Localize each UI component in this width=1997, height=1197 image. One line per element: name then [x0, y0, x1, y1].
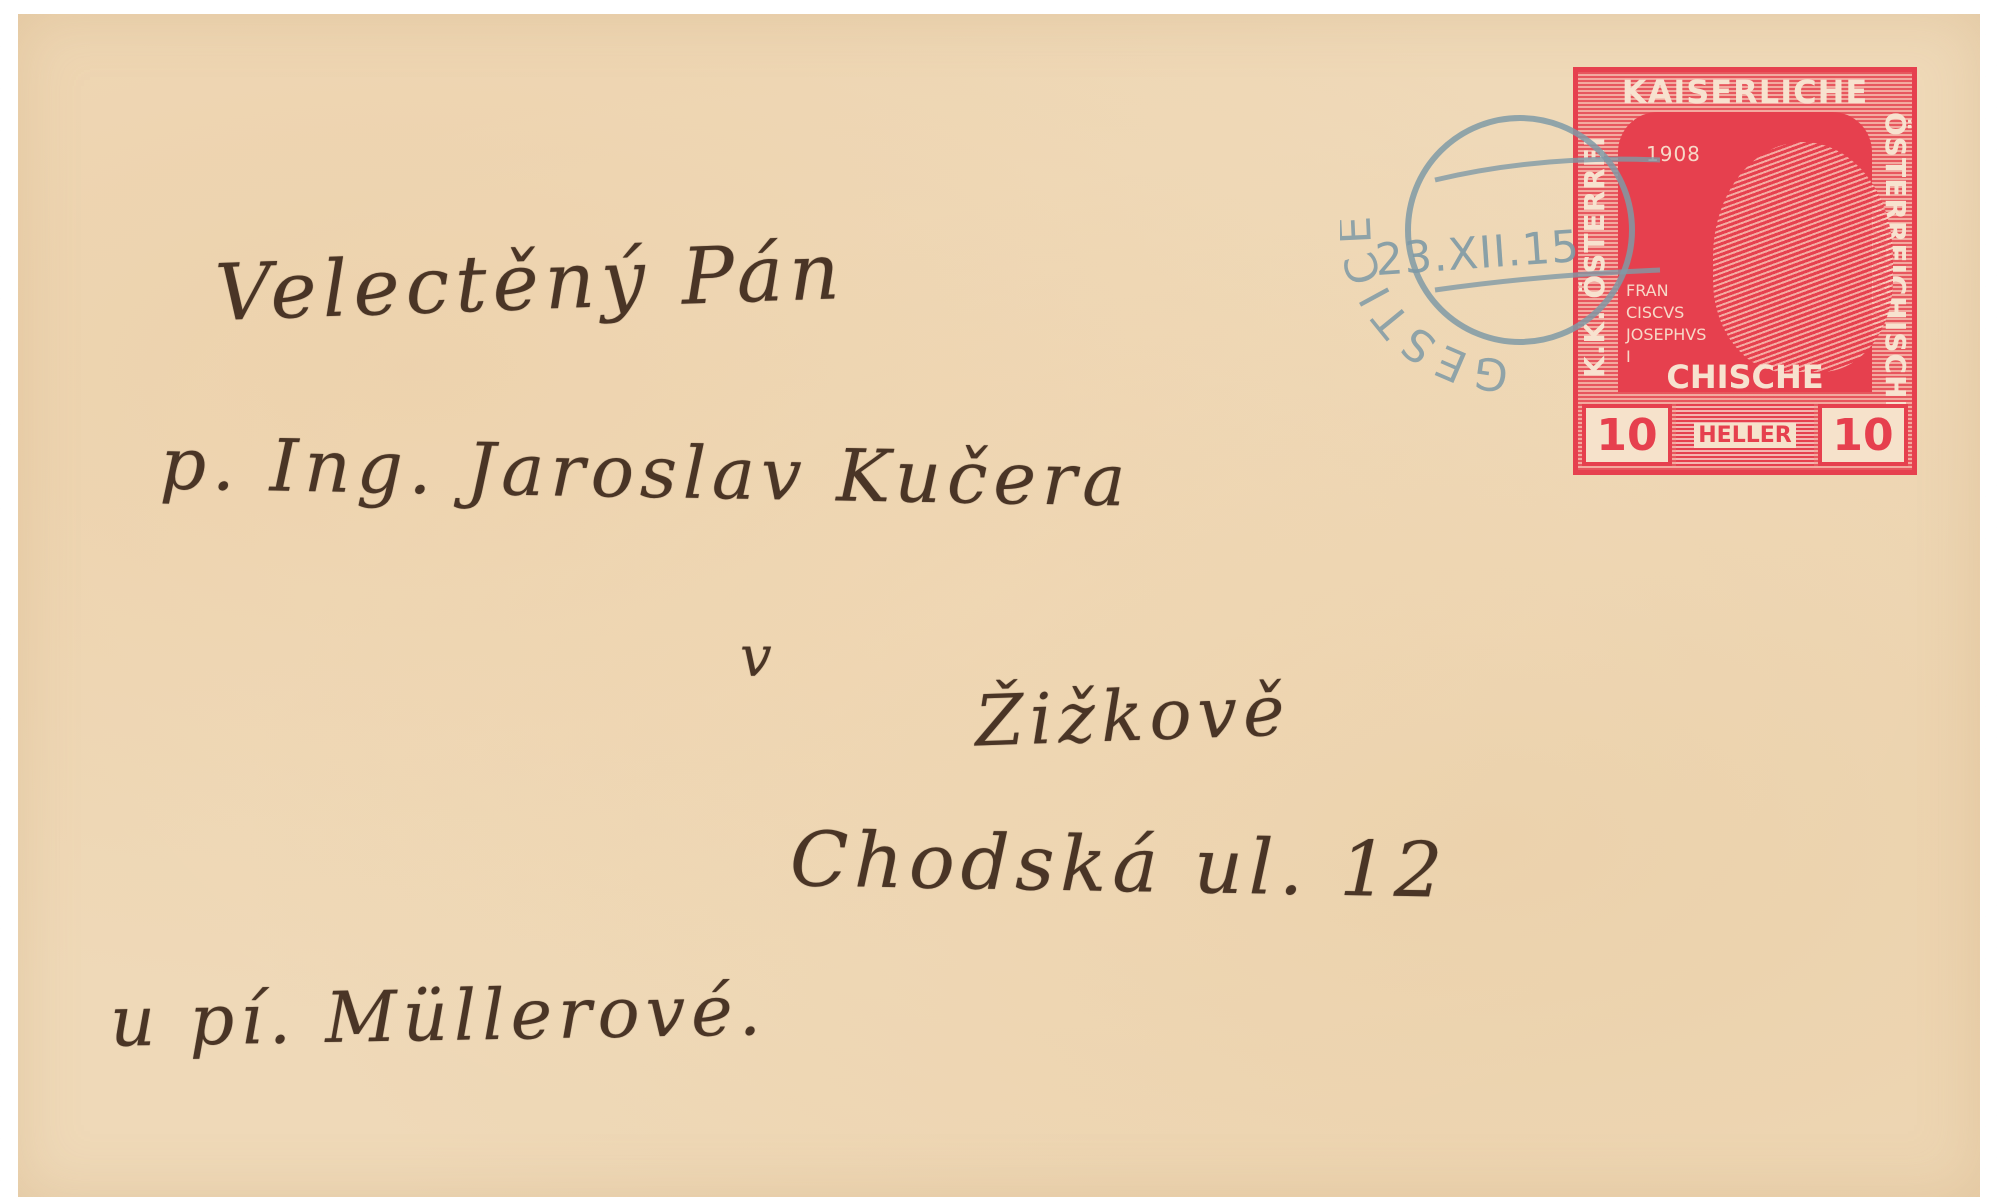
stamp-name-line: CISCVS [1626, 302, 1696, 324]
stamp-bottom-text: CHISCHE [1578, 358, 1912, 396]
address-preposition: v [740, 625, 778, 690]
perforation-right [1969, 14, 1997, 1197]
address-recipient: p. Ing. Jaroslav Kučera [159, 422, 1132, 523]
address-care-of: u pí. Müllerové. [109, 969, 767, 1062]
stamp-value-left: 10 [1582, 404, 1672, 466]
address-city: Žižkově [974, 670, 1292, 763]
stamp-portrait-frame: 1908 FRAN CISCVS JOSEPHVS I [1618, 112, 1872, 392]
stamp-year: 1908 [1646, 142, 1701, 166]
stamp-denomination: HELLER [1676, 404, 1814, 466]
address-street: Chodská ul. 12 [789, 814, 1449, 914]
postage-stamp: KAISERLICHE KÖNIGLICHE K.K. ÖSTERREI ÖST… [1573, 67, 1917, 475]
emperor-portrait-icon [1713, 142, 1893, 372]
stamp-denomination-label: HELLER [1694, 423, 1795, 448]
stamp-value-right: 10 [1818, 404, 1908, 466]
perforation-left [0, 14, 28, 1197]
stamp-value-row: 10 HELLER 10 [1582, 404, 1908, 466]
stamp-name: FRAN CISCVS JOSEPHVS I [1626, 280, 1696, 368]
stamp-name-line: FRAN [1626, 280, 1696, 302]
